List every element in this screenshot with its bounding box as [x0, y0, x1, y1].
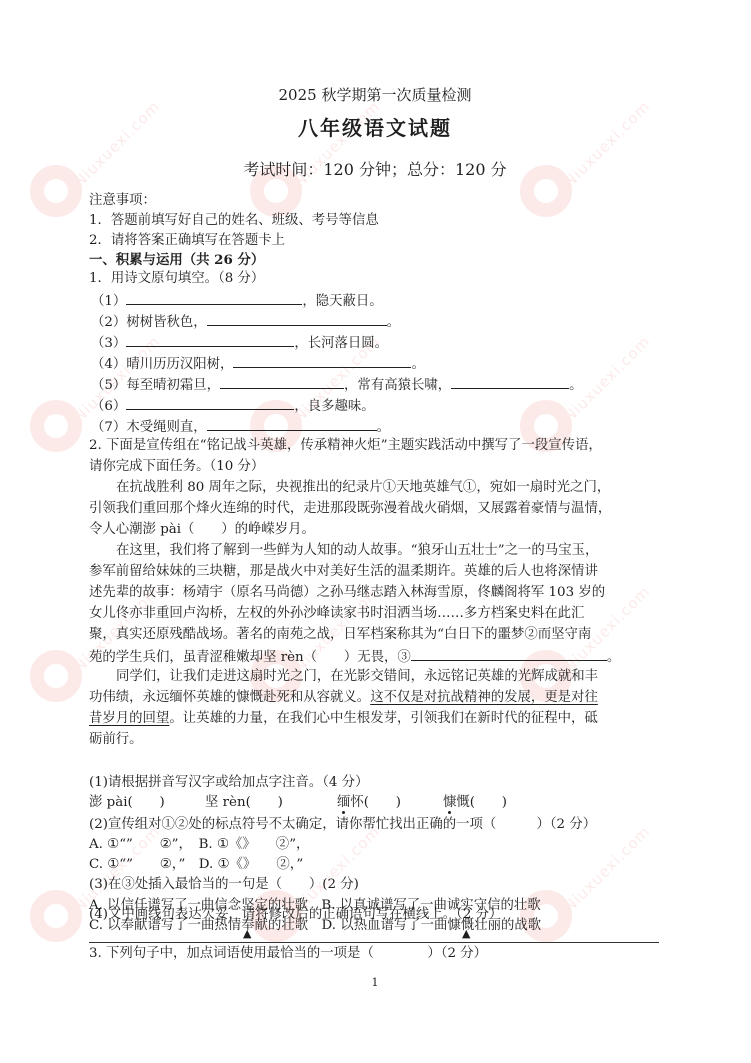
watermark-text: Niuxuexi.com	[560, 822, 653, 915]
fill-item: （7）木受绳则直，。	[91, 416, 390, 438]
underlined-sentence: 昔岁月的回望	[89, 711, 169, 726]
subquestion-stem: (3)在③处插入最恰当的一句是（ ）(2 分)	[89, 875, 359, 895]
notes-heading: 注意事项：	[89, 191, 156, 211]
pinyin-item: 缅怀( )	[337, 793, 443, 813]
passage-line: 女儿佟亦非重回卢沟桥，左权的外孙沙峰读家书时泪洒当场……多方档案史料在此汇	[89, 604, 584, 624]
item-number: （7）	[91, 420, 126, 435]
item-text: 木受绳则直，	[126, 420, 206, 435]
answer-blank[interactable]	[411, 646, 607, 661]
answer-blank[interactable]	[126, 332, 294, 347]
passage-line: 聚，真实还原残酷战场。著名的南苑之战，日军档案称其为“白日下的噩梦②而坚守南	[89, 625, 591, 645]
answer-blank[interactable]	[207, 311, 387, 326]
pinyin-item: 澎 pài( )	[89, 793, 205, 813]
underlined-sentence: 这不仅是对抗战精神的发展，更是对往	[370, 690, 598, 705]
exam-info: 考试时间：120 分钟；总分：120 分	[89, 160, 661, 180]
page-number: 1	[89, 976, 661, 989]
fill-item: （3），长河落日圆。	[91, 332, 388, 354]
answer-blank[interactable]	[233, 353, 411, 368]
item-text: 晴川历历汉阳树，	[126, 357, 233, 372]
item-number: （6）	[91, 399, 126, 414]
answer-blank[interactable]	[220, 374, 344, 389]
passage-line: 参军前留给妹妹的三块糖，那是战火中对美好生活的温柔期许。英雄的后人也将深情讲	[89, 562, 598, 582]
question-stem: 2. 下面是宣传组在“铭记战斗英雄，传承精神火炬”主题实践活动中撰写了一段宣传语…	[89, 436, 602, 456]
item-number: （4）	[91, 357, 126, 372]
triangle-marker-icon: ▲	[243, 927, 251, 940]
item-text: 。	[387, 315, 400, 330]
pinyin-item: 慷慨( )	[443, 795, 507, 810]
fill-item: （6），良多趣味。	[91, 395, 375, 417]
passage-text: 功伟绩，永远缅怀英雄的慷慨赴死和从容就义。	[89, 690, 370, 705]
passage-line: 苑的学生兵们，虽青涩稚嫩却坚 rèn（ ）无畏，③。	[89, 646, 620, 668]
option-row: A. ①“” ②”， B. ①《》 ②”，	[89, 835, 309, 855]
passage-line: 令人心潮澎 pài（ ）的峥嵘岁月。	[89, 520, 315, 540]
item-text: 每至晴初霜旦，	[126, 378, 220, 393]
triangle-marker-icon: ▲	[462, 927, 470, 940]
passage-line: 述先辈的故事：杨靖宇（原名马尚德）之孙马继志踏入林海雪原，佟麟阁将军 103 岁…	[89, 583, 605, 603]
item-text: 树树皆秋色，	[126, 315, 206, 330]
passage-line: 在抗战胜利 80 周年之际，央视推出的纪录片①天地英雄气①，宛如一扇时光之门，	[116, 478, 610, 498]
notes-item: 2．请将答案正确填写在答题卡上	[89, 231, 285, 251]
passage-line: 砺前行。	[89, 730, 143, 750]
passage-line: 功伟绩，永远缅怀英雄的慷慨赴死和从容就义。这不仅是对抗战精神的发展，更是对往	[89, 688, 598, 708]
subquestion-stem: (2)宣传组对①②处的标点符号不太确定，请你帮忙找出正确的一项（ ）（2 分）	[89, 815, 596, 835]
answer-blank[interactable]	[126, 395, 294, 410]
item-text: 。	[411, 357, 424, 372]
item-number: （3）	[91, 336, 126, 351]
option-row: C. ①“” ②，” D. ①《》 ②，”	[89, 855, 303, 875]
fill-item: （5）每至晴初霜旦，，常有高猿长啸，。	[91, 374, 583, 396]
passage-text: 苑的学生兵们，虽青涩稚嫩却坚 rèn（ ）无畏，③	[89, 650, 411, 665]
subquestion-stem: (4)文中画线句表达欠妥，请将修改后的正确语句写在横线上。（2 分）	[89, 905, 502, 925]
subquestion-items: 澎 pài( )坚 rèn( )缅怀( )慷慨( )	[89, 793, 507, 813]
item-number: （2）	[91, 315, 126, 330]
notes-item: 1．答题前填写好自己的姓名、班级、考号等信息	[89, 211, 379, 231]
item-text: ，隐天蔽日。	[302, 294, 382, 309]
exam-title: 八年级语文试题	[89, 118, 661, 138]
exam-subtitle: 2025 秋学期第一次质量检测	[89, 85, 661, 105]
passage-line: 引领我们重回那个烽火连绵的时代，走进那段既弥漫着战火硝烟，又展露着豪情与温情，	[89, 499, 611, 519]
item-text: 。	[569, 378, 582, 393]
passage-text: 。让英雄的力量，在我们心中生根发芽，引领我们在新时代的征程中，砥	[169, 711, 598, 726]
answer-blank[interactable]	[451, 374, 569, 389]
item-text: ，长河落日圆。	[294, 336, 388, 351]
passage-line: 同学们，让我们走进这扇时光之门，在光影交错间，永远铭记英雄的光辉成就和丰	[116, 667, 598, 687]
subquestion-stem: (1)请根据拼音写汉字或给加点字注音。（4 分）	[89, 773, 368, 793]
answer-blank[interactable]	[207, 416, 377, 431]
item-text: ，常有高猿长啸，	[344, 378, 451, 393]
item-number: （1）	[91, 294, 126, 309]
question-stem: 3. 下列句子中，加点词语使用最恰当的一项是（ ）（2 分）	[89, 944, 487, 964]
item-text: 。	[377, 420, 390, 435]
passage-line: 昔岁月的回望。让英雄的力量，在我们心中生根发芽，引领我们在新时代的征程中，砥	[89, 709, 598, 729]
fill-item: （4）晴川历历汉阳树，。	[91, 353, 425, 375]
pinyin-item: 坚 rèn( )	[205, 793, 337, 813]
answer-blank[interactable]	[126, 290, 302, 305]
fill-item: （2）树树皆秋色，。	[91, 311, 400, 333]
answer-line[interactable]	[89, 942, 659, 943]
item-text: ，良多趣味。	[294, 399, 374, 414]
fill-item: （1），隐天蔽日。	[91, 290, 383, 312]
question-stem: 请你完成下面任务。（10 分）	[89, 457, 264, 477]
passage-line: 在这里，我们将了解到一些鲜为人知的动人故事。“狼牙山五壮士”之一的马宝玉，	[116, 541, 598, 561]
question-stem: 1．用诗文原句填空。（8 分）	[89, 269, 264, 289]
item-number: （5）	[91, 378, 126, 393]
section-heading: 一、积累与运用（共 26 分）	[89, 250, 264, 270]
